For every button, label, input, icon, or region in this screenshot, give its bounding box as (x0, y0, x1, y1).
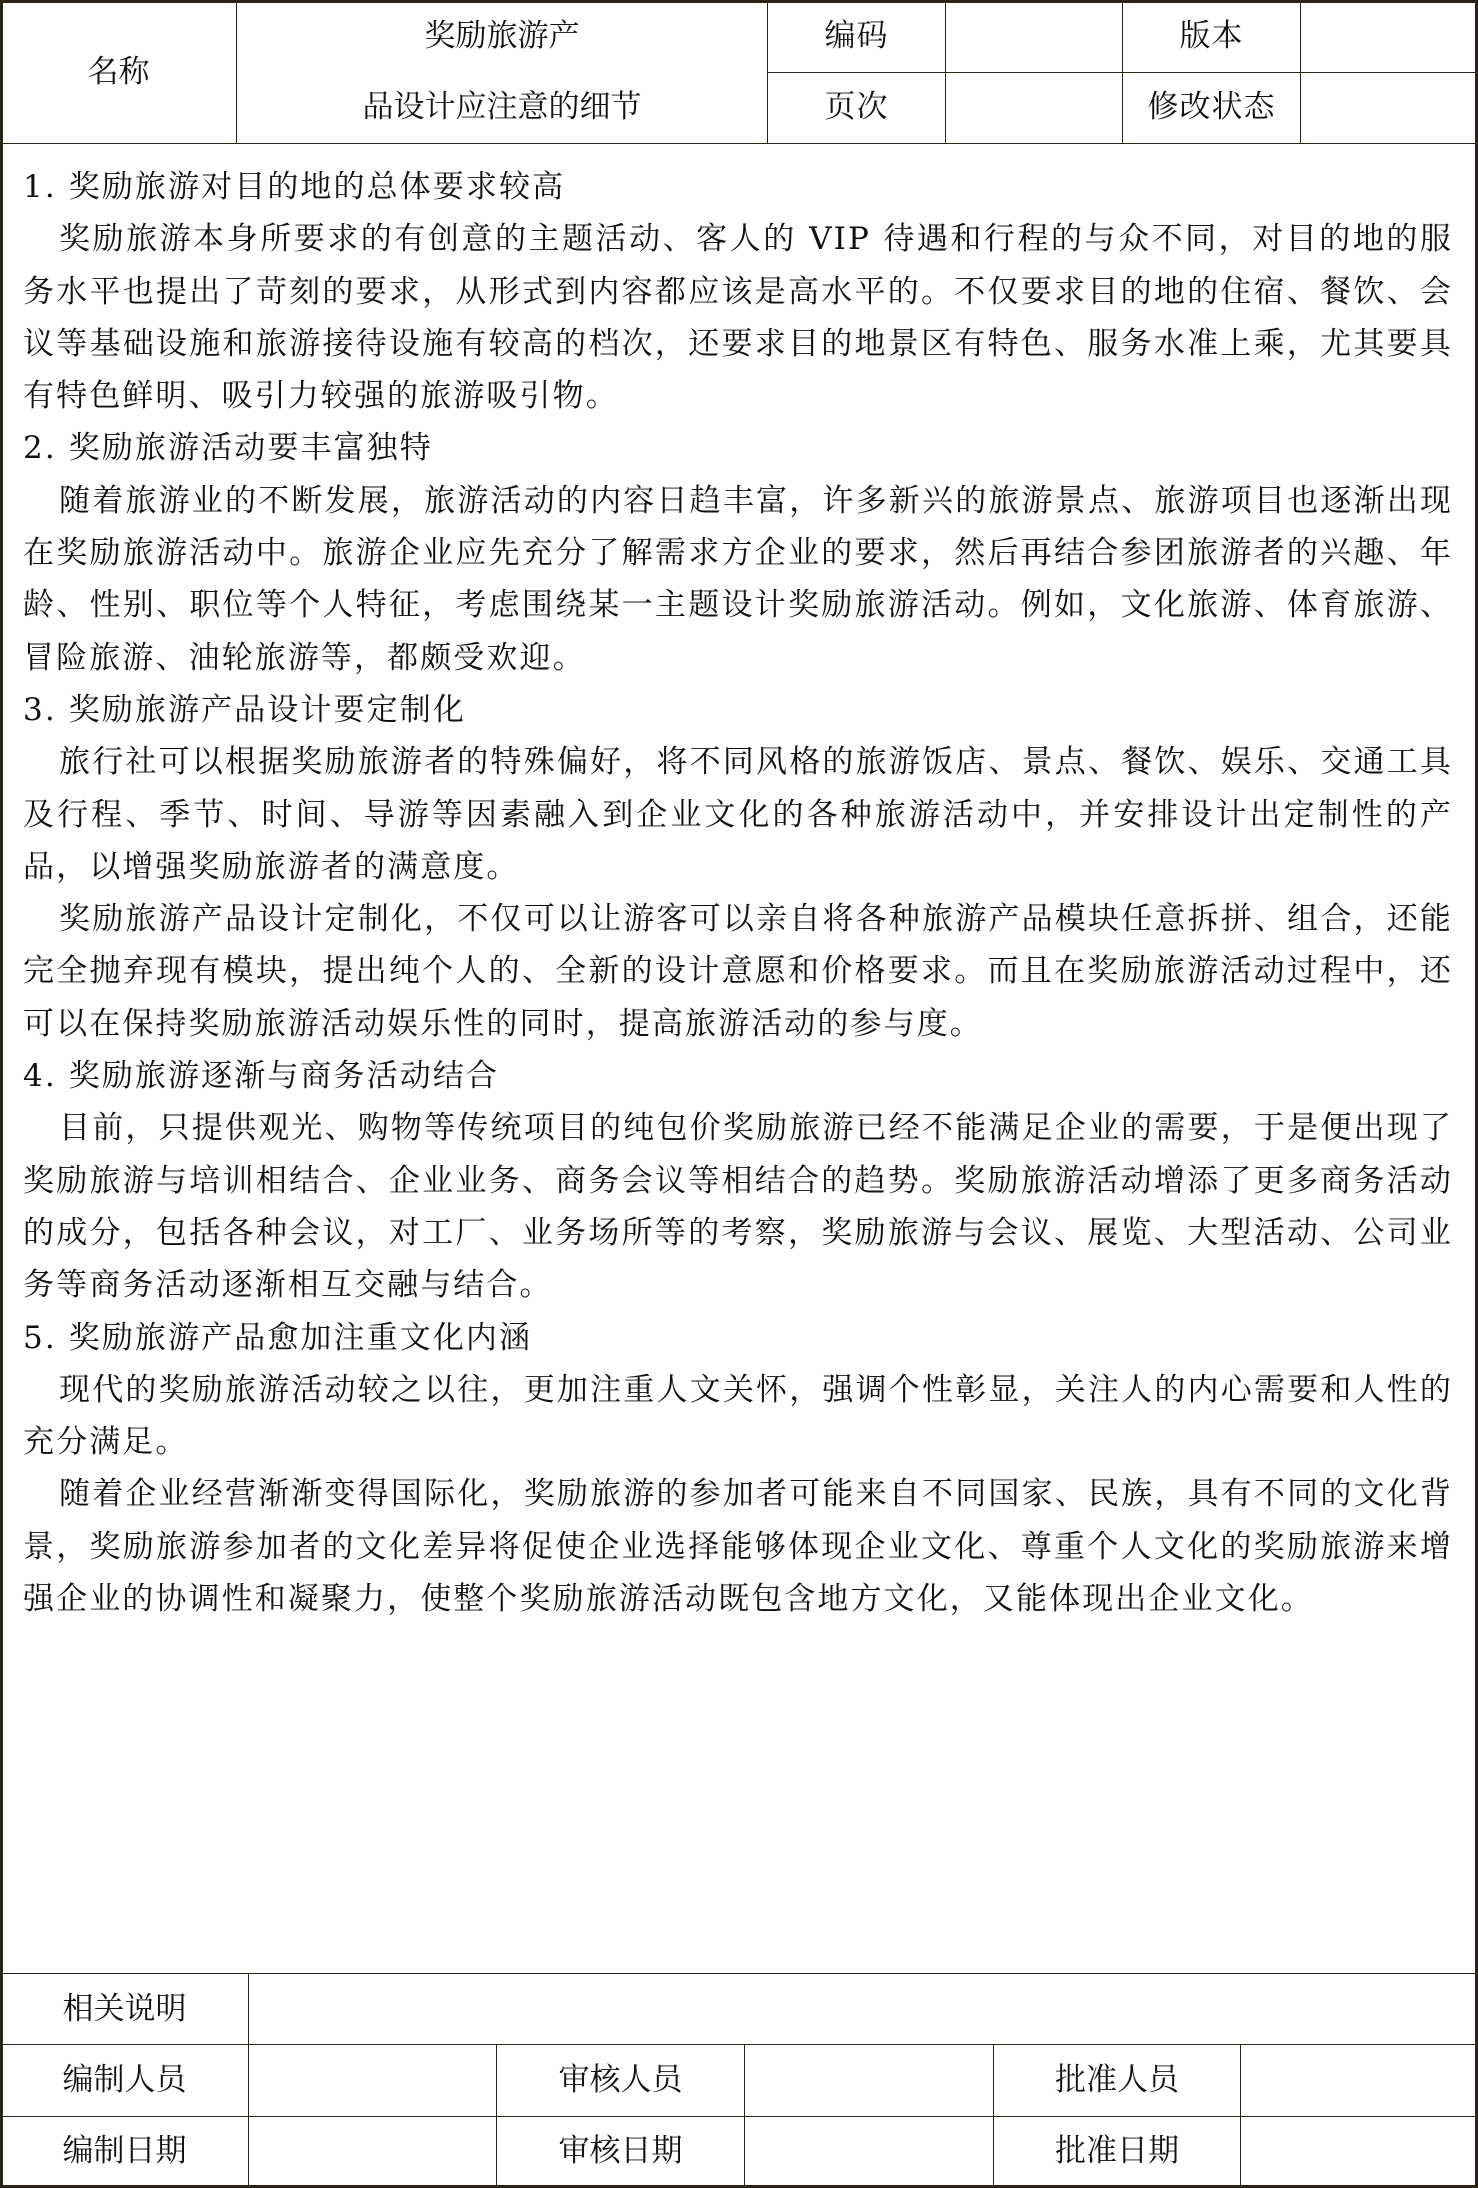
page-field[interactable] (946, 72, 1123, 144)
approved-date-label: 批准日期 (994, 2116, 1241, 2187)
section-paragraph: 奖励旅游本身所要求的有创意的主题活动、客人的 VIP 待遇和行程的与众不同，对目… (23, 213, 1453, 422)
notes-field[interactable] (249, 1974, 1478, 2045)
document-title: 奖励旅游产 品设计应注意的细节 (237, 1, 768, 144)
section-heading: 5. 奖励旅游产品愈加注重文化内涵 (23, 1312, 1453, 1364)
section-paragraph: 旅行社可以根据奖励旅游者的特殊偏好，将不同风格的旅游饭店、景点、餐饮、娱乐、交通… (23, 736, 1453, 893)
version-field[interactable] (1301, 1, 1478, 73)
prepared-by-label: 编制人员 (1, 2045, 249, 2116)
code-label: 编码 (768, 1, 946, 73)
reviewed-date-field[interactable] (745, 2116, 994, 2187)
prepared-date-label: 编制日期 (1, 2116, 249, 2187)
reviewed-by-field[interactable] (745, 2045, 994, 2116)
section-1: 1. 奖励旅游对目的地的总体要求较高 奖励旅游本身所要求的有创意的主题活动、客人… (23, 161, 1453, 422)
revision-label: 修改状态 (1123, 72, 1301, 144)
document-body: 1. 奖励旅游对目的地的总体要求较高 奖励旅游本身所要求的有创意的主题活动、客人… (3, 144, 1473, 1972)
section-heading: 1. 奖励旅游对目的地的总体要求较高 (23, 161, 1453, 213)
title-line-2: 品设计应注意的细节 (363, 89, 642, 125)
approved-date-field[interactable] (1241, 2116, 1478, 2187)
section-heading: 4. 奖励旅游逐渐与商务活动结合 (23, 1050, 1453, 1102)
code-field[interactable] (946, 1, 1123, 73)
header-table: 名称 奖励旅游产 品设计应注意的细节 编码 版本 页次 修改状态 (0, 0, 1478, 144)
section-heading: 2. 奖励旅游活动要丰富独特 (23, 422, 1453, 474)
prepared-date-field[interactable] (249, 2116, 497, 2187)
section-paragraph: 随着企业经营渐渐变得国际化，奖励旅游的参加者可能来自不同国家、民族，具有不同的文… (23, 1468, 1453, 1625)
reviewed-by-label: 审核人员 (497, 2045, 745, 2116)
section-paragraph: 现代的奖励旅游活动较之以往，更加注重人文关怀，强调个性彰显，关注人的内心需要和人… (23, 1364, 1453, 1469)
page-label: 页次 (768, 72, 946, 144)
section-heading: 3. 奖励旅游产品设计要定制化 (23, 684, 1453, 736)
footer-table: 相关说明 编制人员 审核人员 批准人员 编制日期 审核日期 批准日期 (0, 1973, 1478, 2188)
version-label: 版本 (1123, 1, 1301, 73)
section-3: 3. 奖励旅游产品设计要定制化 旅行社可以根据奖励旅游者的特殊偏好，将不同风格的… (23, 684, 1453, 1050)
notes-label: 相关说明 (1, 1974, 249, 2045)
section-5: 5. 奖励旅游产品愈加注重文化内涵 现代的奖励旅游活动较之以往，更加注重人文关怀… (23, 1312, 1453, 1626)
reviewed-date-label: 审核日期 (497, 2116, 745, 2187)
approved-by-label: 批准人员 (994, 2045, 1241, 2116)
section-paragraph: 随着旅游业的不断发展，旅游活动的内容日趋丰富，许多新兴的旅游景点、旅游项目也逐渐… (23, 475, 1453, 684)
title-line-1: 奖励旅游产 (425, 18, 580, 54)
section-2: 2. 奖励旅游活动要丰富独特 随着旅游业的不断发展，旅游活动的内容日趋丰富，许多… (23, 422, 1453, 683)
section-paragraph: 目前，只提供观光、购物等传统项目的纯包价奖励旅游已经不能满足企业的需要，于是便出… (23, 1102, 1453, 1311)
section-4: 4. 奖励旅游逐渐与商务活动结合 目前，只提供观光、购物等传统项目的纯包价奖励旅… (23, 1050, 1453, 1311)
name-label: 名称 (1, 1, 237, 144)
prepared-by-field[interactable] (249, 2045, 497, 2116)
approved-by-field[interactable] (1241, 2045, 1478, 2116)
revision-field[interactable] (1301, 72, 1478, 144)
section-paragraph: 奖励旅游产品设计定制化，不仅可以让游客可以亲自将各种旅游产品模块任意拆拼、组合，… (23, 893, 1453, 1050)
